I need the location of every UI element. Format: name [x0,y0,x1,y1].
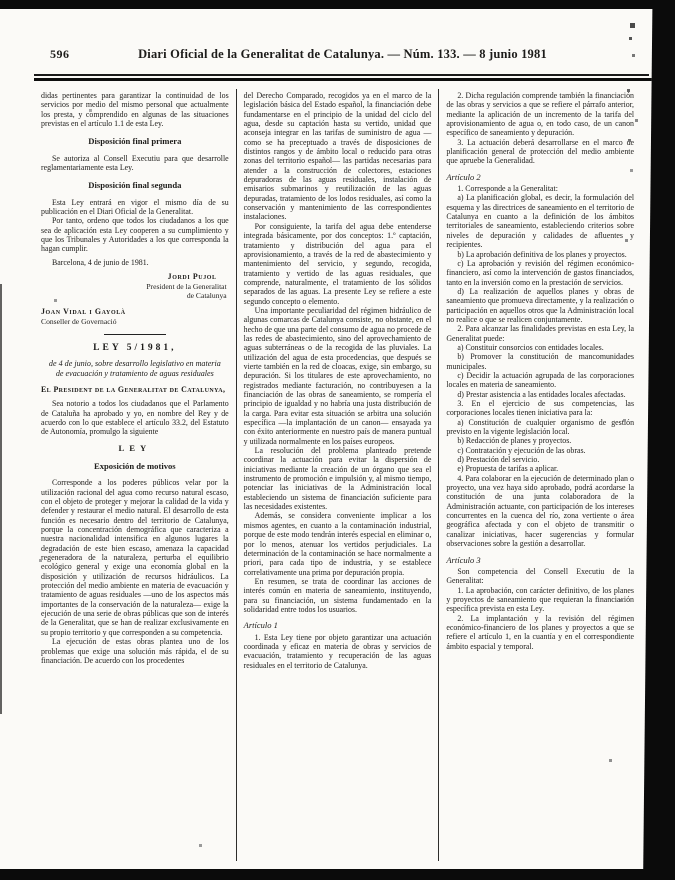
paragraph: Son competencia del Consell Executiu de … [446,567,634,586]
article-heading: Artículo 2 [446,173,634,182]
paragraph: c) Decidir la actuación agrupada de las … [446,371,634,390]
paragraph: e) Propuesta de tarifas a aplicar. [446,464,634,473]
salutation: El President de la Generalitat de Catalu… [41,385,229,394]
section-heading: Disposición final segunda [41,181,229,190]
paragraph: 3. En el ejercicio de sus competencias, … [446,399,634,418]
text-column-3: 2. Dicha regulación comprende también la… [438,89,641,861]
article-heading: Artículo 1 [244,621,432,630]
paragraph: Por tanto, ordeno que todos los ciudadan… [41,216,229,253]
scan-noise-specks [0,0,1,1]
paragraph-continued: del Derecho Comparado, recogidos ya en e… [244,91,432,222]
paragraph-continued: didas pertinentes para garantizar la con… [41,91,229,128]
paragraph: 4. Para colaborar en la ejecución de det… [446,474,634,549]
paragraph: 3. La actuación deberá desarrollarse en … [446,138,634,166]
journal-title: Diari Oficial de la Generalitat de Catal… [0,45,655,62]
paragraph: Además, se considera conveniente implica… [244,511,432,576]
section-heading: Exposición de motivos [41,462,229,471]
text-column-1: didas pertinentes para garantizar la con… [34,89,236,861]
paragraph: La ejecución de estas obras plantea uno … [41,637,229,665]
paragraph: 1. La aprobación, con carácter definitiv… [446,586,634,614]
paragraph: En resumen, se trata de coordinar las ac… [244,577,432,614]
paragraph: a) Constituir consorcios con entidades l… [446,343,634,352]
page-header: 596 Diari Oficial de la Generalitat de C… [0,45,655,71]
scanned-page: 596 Diari Oficial de la Generalitat de C… [0,9,655,869]
paragraph: a) La planificación global, es decir, la… [446,193,634,249]
text-columns: didas pertinentes para garantizar la con… [34,89,641,861]
paragraph: Por consiguiente, la tarifa del agua deb… [244,222,432,306]
ley-heading: LEY [41,444,229,453]
paragraph: 2. Para alcanzar las finalidades previst… [446,324,634,343]
signature-role: Conseller de Governació [41,317,229,326]
paragraph: c) La aprobación y revisión del régimen … [446,259,634,287]
law-title: LEY 5/1981, [41,344,229,353]
paragraph: a) Constitución de cualquier organismo d… [446,418,634,437]
scan-edge-artifact [0,284,2,714]
paragraph: d) La realización de aquellos planes y o… [446,287,634,324]
paragraph: La resolución del problema planteado pre… [244,446,432,511]
article-heading: Artículo 3 [446,556,634,565]
paragraph: Esta Ley entrará en vigor el mismo día d… [41,198,229,217]
separator-rule [104,334,166,335]
section-heading: Disposición final primera [41,137,229,146]
paragraph: Se autoriza al Consell Executiu para que… [41,154,229,173]
paragraph: Una importante peculiaridad del régimen … [244,306,432,446]
paragraph: 1. Esta Ley tiene por objeto garantizar … [244,633,432,670]
paragraph: 2. Dicha regulación comprende también la… [446,91,634,138]
paragraph: d) Prestar asistencia a las entidades lo… [446,390,634,399]
signature-name: Jordi Pujol [41,272,229,281]
date-line: Barcelona, 4 de junio de 1981. [41,258,229,267]
paragraph: b) Redacción de planes y proyectos. [446,436,634,445]
paragraph: 2. La implantación y la revisión del rég… [446,614,634,651]
page-number: 596 [50,47,70,62]
law-subtitle: de 4 de junio, sobre desarrollo legislat… [41,359,229,378]
paragraph: 1. Corresponde a la Generalitat: [446,184,634,193]
paragraph: Corresponde a los poderes públicos velar… [41,478,229,637]
header-rule-thick [34,78,653,81]
paragraph: b) La aprobación definitiva de los plane… [446,250,634,259]
paragraph: d) Prestación del servicio. [446,455,634,464]
signature-name: Joan Vidal i Gayolà [41,307,229,316]
paragraph: c) Contratación y ejecución de las obras… [446,446,634,455]
paragraph: b) Promover la constitución de mancomuni… [446,352,634,371]
signature-role: President de la Generalitat de Catalunya [41,282,229,301]
paragraph: Sea notorio a todos los ciudadanos que e… [41,399,229,436]
header-rule-thin [34,74,649,76]
text-column-2: del Derecho Comparado, recogidos ya en e… [236,89,439,861]
